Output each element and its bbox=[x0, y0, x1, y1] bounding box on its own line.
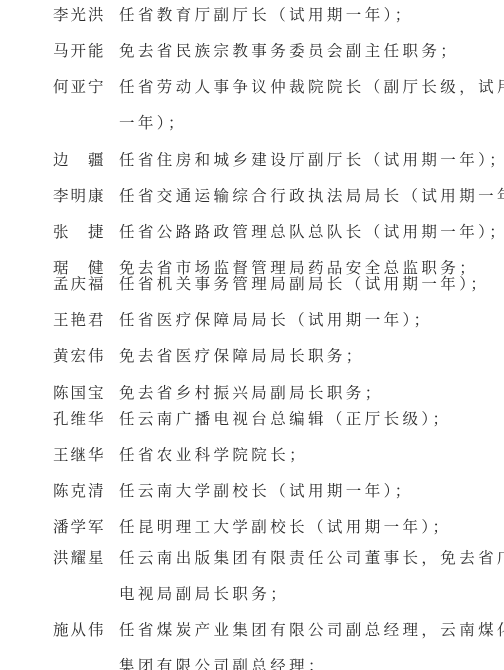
entry-text: 免去省医疗保障局局长职务； bbox=[119, 344, 365, 368]
entry-name: 李明康 bbox=[53, 184, 113, 208]
entry-text: 任省教育厅副厅长（试用期一年）； bbox=[119, 3, 414, 27]
entry-name: 施从伟 bbox=[53, 618, 113, 642]
entry-name: 李光洪 bbox=[53, 3, 113, 27]
entry-text-continued: 电视局副局长职务； bbox=[119, 582, 289, 606]
entry-text: 任省农业科学院院长； bbox=[119, 443, 308, 467]
entry-name: 陈克清 bbox=[53, 479, 113, 503]
entry-text-continued: 集团有限公司副总经理； bbox=[119, 654, 327, 670]
entry-name: 孔维华 bbox=[53, 407, 113, 431]
entry-text: 任省煤炭产业集团有限公司副总经理，云南煤化工 bbox=[119, 618, 504, 642]
entry-text: 任省交通运输综合行政执法局局长（试用期一年）； bbox=[119, 184, 504, 208]
entry-name: 孟庆福 bbox=[53, 272, 113, 296]
entry-name: 洪耀星 bbox=[53, 546, 113, 570]
entry-text: 任云南出版集团有限责任公司董事长，免去省广播 bbox=[119, 546, 504, 570]
entry-name: 张 捷 bbox=[53, 220, 113, 244]
entry-name: 黄宏伟 bbox=[53, 344, 113, 368]
entry-name: 陈国宝 bbox=[53, 381, 113, 405]
entry-text: 任省机关事务管理局副局长（试用期一年）； bbox=[119, 272, 489, 296]
entry-text: 免去省乡村振兴局副局长职务； bbox=[119, 381, 384, 405]
entry-name: 王艳君 bbox=[53, 308, 113, 332]
entry-name: 王继华 bbox=[53, 443, 113, 467]
entry-text: 任昆明理工大学副校长（试用期一年）； bbox=[119, 515, 451, 539]
entry-text: 任省医疗保障局局长（试用期一年）； bbox=[119, 308, 433, 332]
entry-text: 任省住房和城乡建设厅副厅长（试用期一年）； bbox=[119, 148, 504, 172]
entry-text: 免去省民族宗教事务委员会副主任职务； bbox=[119, 39, 459, 63]
entry-name: 何亚宁 bbox=[53, 75, 113, 99]
entry-name: 马开能 bbox=[53, 39, 113, 63]
entry-name: 潘学军 bbox=[53, 515, 113, 539]
entry-name: 边 疆 bbox=[53, 148, 113, 172]
entry-text: 任云南大学副校长（试用期一年）； bbox=[119, 479, 414, 503]
entry-text: 任云南广播电视台总编辑（正厅长级）； bbox=[119, 407, 451, 431]
entry-text-continued: 一年）； bbox=[119, 111, 187, 135]
entry-text: 任省劳动人事争议仲裁院院长（副厅长级，试用期 bbox=[119, 75, 504, 99]
entry-text: 任省公路路政管理总队总队长（试用期一年）； bbox=[119, 220, 504, 244]
